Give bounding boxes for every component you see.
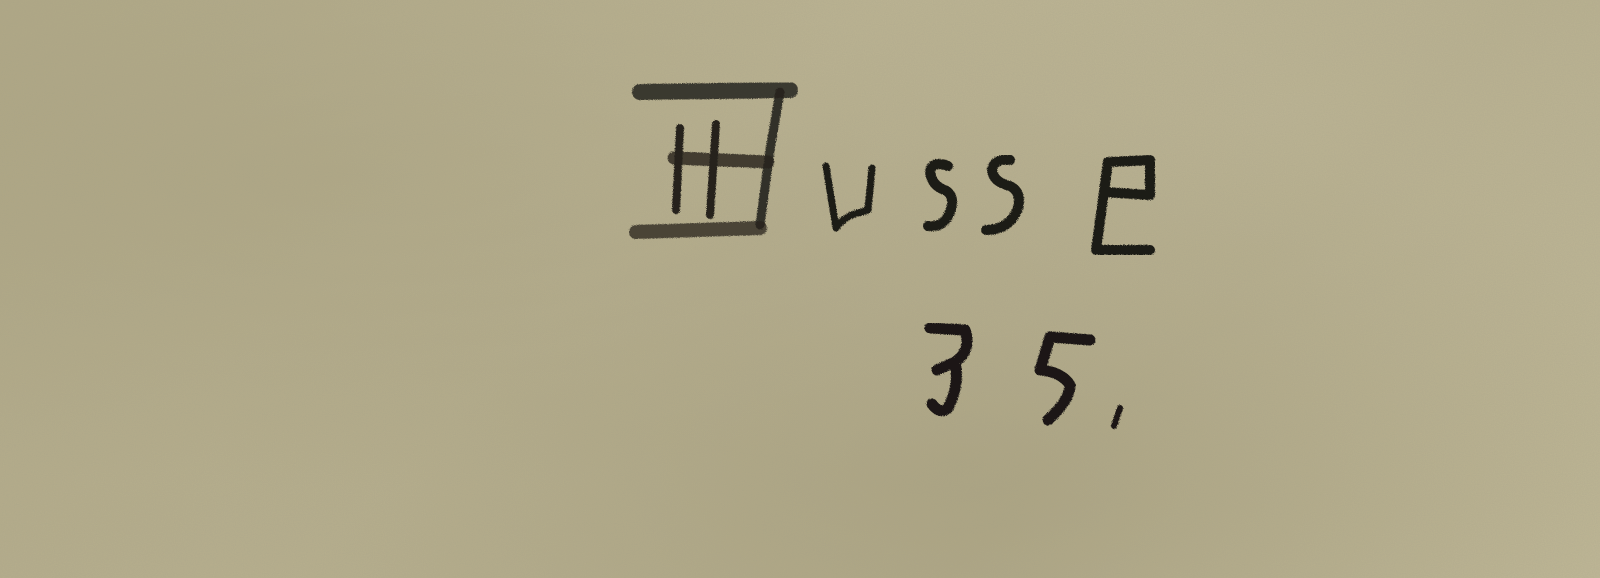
monogram-h — [636, 90, 790, 232]
signature-year — [930, 328, 1120, 426]
signature-name — [826, 160, 1150, 250]
signature: Husse 35. — [0, 0, 1600, 578]
signature-text: Husse 35. — [0, 0, 79, 4]
